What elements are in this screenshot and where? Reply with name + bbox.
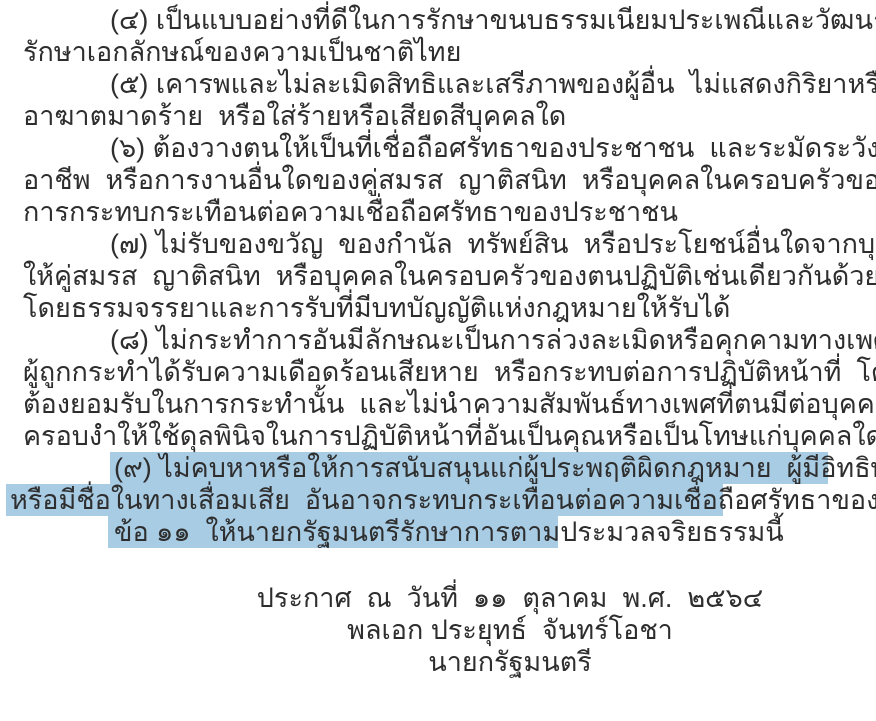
highlighted-line-article-11: ข้อ ๑๑ ให้นายกรัฐมนตรีรักษาการตามประมวลจ… — [108, 516, 558, 548]
closing-block: ประกาศ ณ วันที่ ๑๑ ตุลาคม พ.ศ. ๒๕๖๔ พลเอ… — [144, 582, 876, 678]
body-line: อาฆาตมาดร้าย หรือใส่ร้ายหรือเสียดสีบุคคล… — [23, 100, 853, 132]
body-line-clause-4: (๔) เป็นแบบอย่างที่ดีในการรักษาขนบธรรมเน… — [23, 4, 853, 36]
highlighted-line-clause-9-cont: หรือมีชื่อในทางเสื่อมเสีย อันอาจกระทบกระ… — [6, 484, 723, 516]
body-line: โดยธรรมจรรยาและการรับที่มีบทบัญญัติแห่งก… — [23, 292, 853, 324]
promulgation-date-line: ประกาศ ณ วันที่ ๑๑ ตุลาคม พ.ศ. ๒๕๖๔ — [144, 582, 876, 614]
body-line-clause-8: (๘) ไม่กระทำการอันมีลักษณะเป็นการล่วงละเ… — [23, 324, 853, 356]
body-line: การกระทบกระเทือนต่อความเชื่อถือศรัทธาของ… — [23, 196, 853, 228]
body-line: อาชีพ หรือการงานอื่นใดของคู่สมรส ญาติสนิ… — [23, 164, 853, 196]
signatory-title-line: นายกรัฐมนตรี — [144, 646, 876, 678]
highlighted-line-clause-9: (๙) ไม่คบหาหรือให้การสนับสนุนแก่ผู้ประพฤ… — [110, 452, 828, 484]
body-line: ผู้ถูกกระทำได้รับความเดือดร้อนเสียหาย หร… — [23, 356, 853, 388]
body-line-clause-7: (๗) ไม่รับของขวัญ ของกำนัล ทรัพย์สิน หรื… — [23, 228, 853, 260]
signatory-name-line: พลเอก ประยุทธ์ จันทร์โอชา — [144, 614, 876, 646]
document-page: (๔) เป็นแบบอย่างที่ดีในการรักษาขนบธรรมเน… — [0, 0, 876, 721]
body-line-clause-6: (๖) ต้องวางตนให้เป็นที่เชื่อถือศรัทธาของ… — [23, 132, 853, 164]
body-line: ให้คู่สมรส ญาติสนิท หรือบุคคลในครอบครัวข… — [23, 260, 853, 292]
body-line: ต้องยอมรับในการกระทำนั้น และไม่นำความสัม… — [23, 388, 853, 420]
body-line: ครอบงำให้ใช้ดุลพินิจในการปฏิบัติหน้าที่อ… — [23, 420, 853, 452]
body-line: รักษาเอกลักษณ์ของความเป็นชาติไทย — [23, 36, 853, 68]
body-line-clause-5: (๕) เคารพและไม่ละเมิดสิทธิและเสรีภาพของผ… — [23, 68, 853, 100]
document-body: (๔) เป็นแบบอย่างที่ดีในการรักษาขนบธรรมเน… — [23, 4, 853, 678]
